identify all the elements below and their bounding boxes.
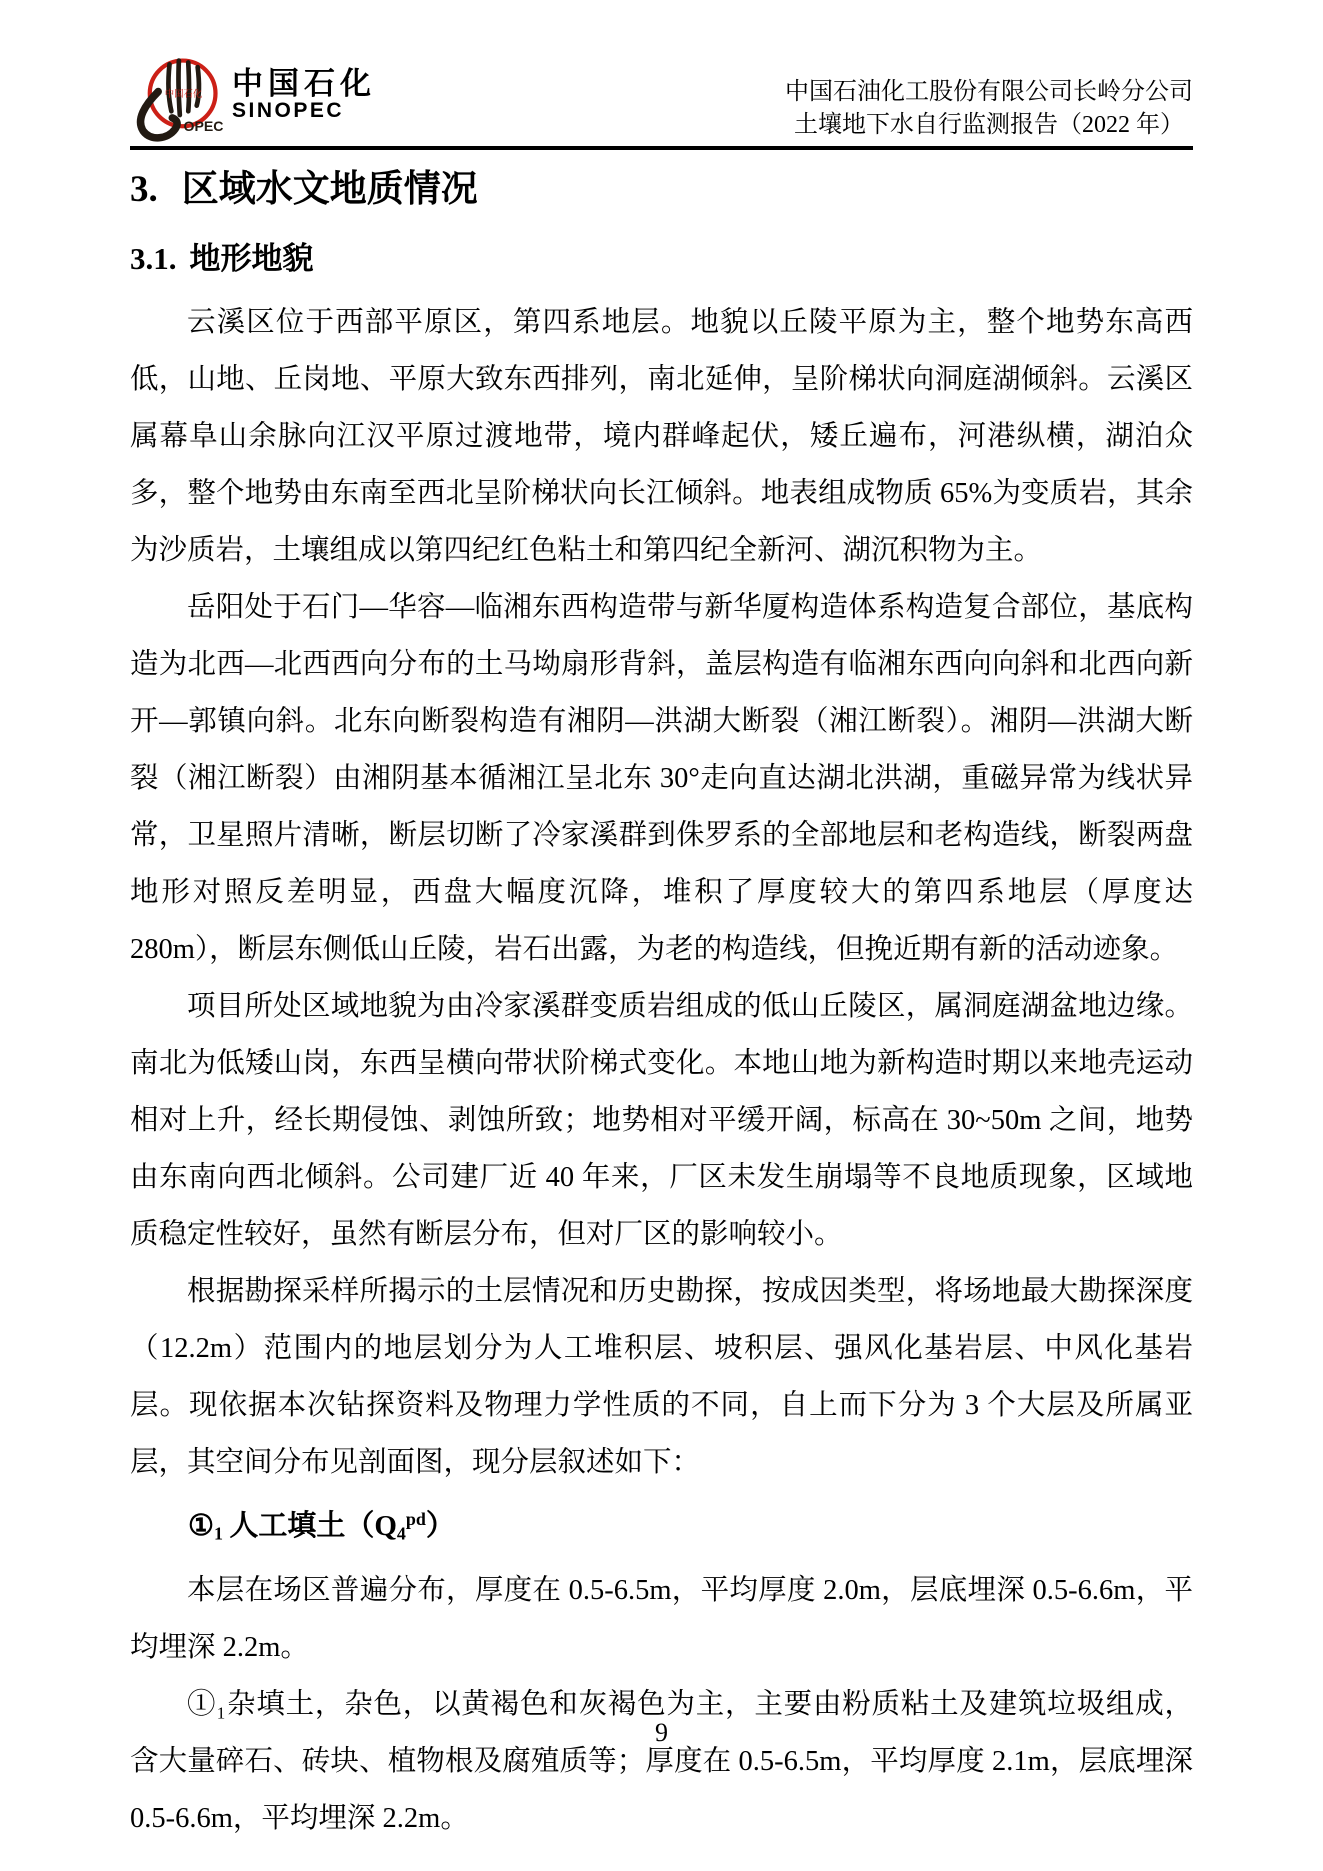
logo-badge-cn-text: 中国石化 (165, 88, 203, 100)
page-number: 9 (0, 1718, 1323, 1748)
sinopec-logo: 中国石化 OPEC 中国石化 SINOPEC (130, 54, 376, 146)
paragraph-terrain-overview: 云溪区位于西部平原区，第四系地层。地貌以丘陵平原为主，整个地势东高西低，山地、丘… (130, 294, 1193, 579)
logo-wordmark: 中国石化 SINOPEC (232, 68, 376, 133)
section-number: 3. (130, 169, 158, 210)
paragraph-fill-distribution: 本层在场区普遍分布，厚度在 0.5-6.5m，平均厚度 2.0m，层底埋深 0.… (130, 1562, 1193, 1676)
paragraph-tectonic-structure: 岳阳处于石门—华容—临湘东西构造带与新华厦构造体系构造复合部位，基底构造为北西—… (130, 579, 1193, 978)
paragraph-stratum-division: 根据勘探采样所揭示的土层情况和历史勘探，按成因类型，将场地最大勘探深度（12.2… (130, 1263, 1193, 1491)
layer-q-subscript: 4 (397, 1523, 406, 1543)
layer-heading-artificial-fill: ①1人工填土（Q4pd） (130, 1491, 1193, 1562)
document-page: 中国石化 OPEC 中国石化 SINOPEC 中国石油化工股份有限公司长岭分公司… (0, 0, 1323, 1871)
logo-cn-text: 中国石化 (232, 68, 376, 101)
layer-circle-subscript: 1 (214, 1523, 223, 1543)
subsection-title: 地形地貌 (190, 241, 314, 276)
header-report-line: 土壤地下水自行监测报告（2022 年） (785, 109, 1193, 142)
header-rule (130, 146, 1193, 150)
header-report-title: 中国石油化工股份有限公司长岭分公司 土壤地下水自行监测报告（2022 年） (785, 76, 1193, 146)
subsection-number: 3.1. (130, 241, 177, 276)
logo-mark-letters: OPEC (184, 118, 224, 134)
layer-circle-number: ① (188, 1510, 214, 1542)
header-company-line: 中国石油化工股份有限公司长岭分公司 (785, 76, 1193, 109)
layer-q-superscript: pd (406, 1509, 426, 1529)
section-heading: 3.区域水文地质情况 (130, 168, 1193, 212)
subsection-heading: 3.1.地形地貌 (130, 240, 1193, 278)
paragraph-project-area-landform: 项目所处区域地貌为由冷家溪群变质岩组成的低山丘陵区，属洞庭湖盆地边缘。南北为低矮… (130, 978, 1193, 1263)
sinopec-logo-icon: 中国石化 OPEC (130, 54, 224, 146)
logo-en-text: SINOPEC (232, 100, 376, 122)
page-header: 中国石化 OPEC 中国石化 SINOPEC 中国石油化工股份有限公司长岭分公司… (130, 0, 1193, 146)
paragraph-fill-composition: ①₁杂填土，杂色，以黄褐色和灰褐色为主，主要由粉质粘土及建筑垃圾组成，含大量碎石… (130, 1676, 1193, 1847)
layer-title-text: 人工填土（Q (229, 1510, 397, 1542)
section-title: 区域水文地质情况 (182, 169, 478, 210)
layer-title-close: ） (426, 1510, 455, 1542)
